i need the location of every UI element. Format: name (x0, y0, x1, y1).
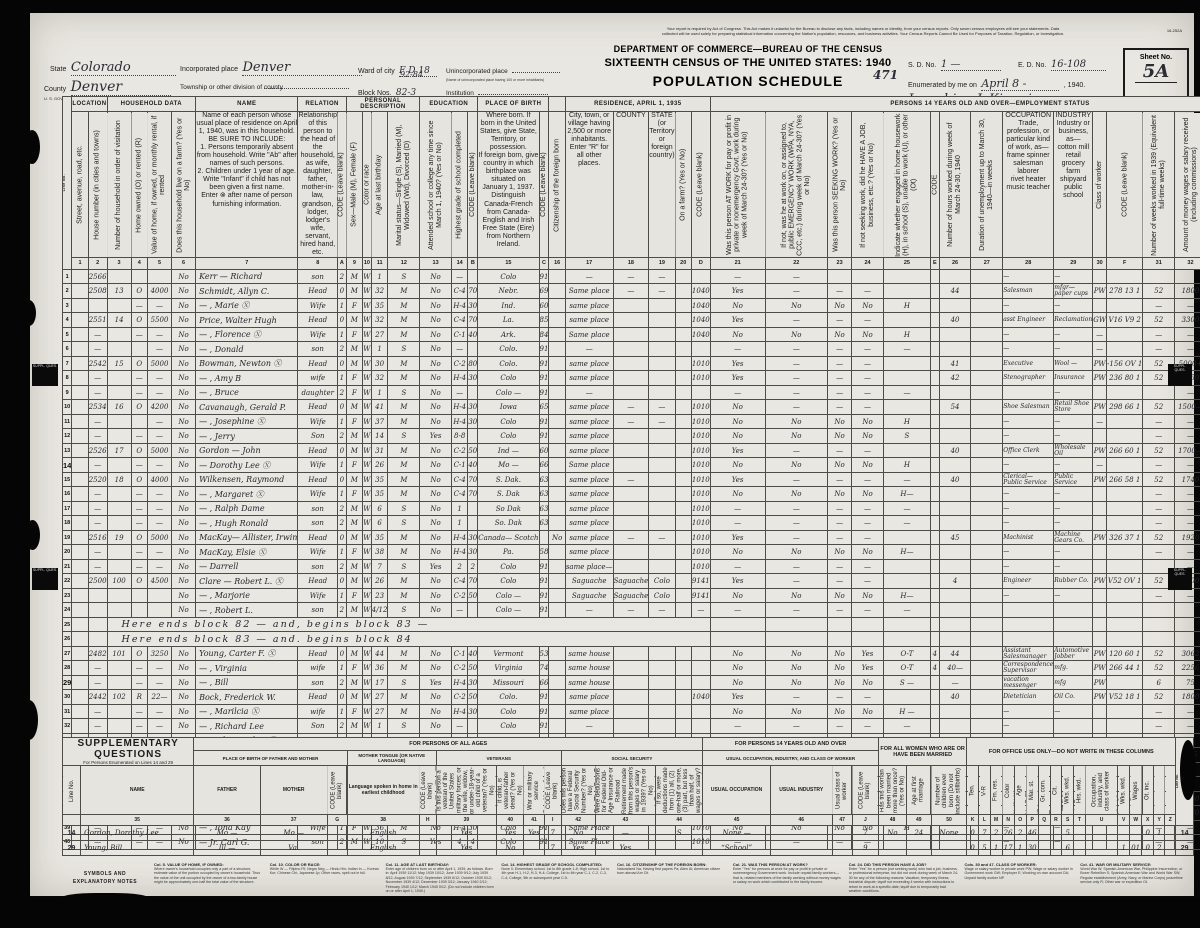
table-cell (675, 298, 691, 313)
table-cell (1093, 545, 1107, 560)
table-cell: 1800 (1175, 284, 1200, 299)
table-cell (649, 356, 675, 371)
table-cell: M (346, 313, 362, 328)
township-value[interactable] (264, 80, 349, 89)
table-cell (971, 342, 1003, 357)
table-cell: No (828, 588, 852, 603)
sheet-label: Sheet No. (1125, 54, 1187, 61)
table-cell (1107, 487, 1143, 502)
table-cell: — (1143, 414, 1175, 429)
table-cell[interactable]: — , Amy B (196, 371, 298, 386)
table-cell: Yes (710, 574, 765, 589)
county-label: County (44, 86, 66, 93)
table-cell: S (388, 719, 420, 734)
table-cell (939, 588, 971, 603)
county-value[interactable]: Denver (71, 79, 171, 96)
table-cell[interactable]: — , Josephine Ⓧ (196, 414, 298, 429)
column-number: V (1118, 815, 1130, 826)
table-cell (1107, 414, 1143, 429)
table-cell (72, 661, 88, 676)
table-cell: Head (298, 530, 338, 545)
table-cell: No (172, 472, 196, 487)
table-cell: 30 (468, 675, 478, 690)
table-cell (971, 545, 1003, 560)
table-cell[interactable]: — , Robert L. (196, 603, 298, 618)
table-cell: Reclamation (1054, 313, 1093, 328)
table-cell: No (852, 429, 884, 444)
table-cell: son (298, 675, 338, 690)
column-number: 2 (88, 257, 107, 269)
table-cell: 17 (371, 675, 388, 690)
table-cell[interactable]: — Darrell (196, 559, 298, 574)
table-cell: -156 OV 1 (1107, 356, 1143, 371)
table-cell: No (765, 646, 828, 661)
table-cell[interactable]: Cavanaugh, Gerald P. (196, 400, 298, 415)
table-cell: — (147, 704, 171, 719)
table-cell[interactable]: Bock, Frederick W. (196, 690, 298, 705)
table-cell: — (1003, 545, 1054, 560)
county-field: County Denver (44, 78, 171, 96)
table-cell: 91 (539, 588, 549, 603)
table-cell (675, 487, 691, 502)
column-desc: Value of home, if owned, or monthly rent… (147, 112, 171, 258)
table-cell: — (828, 574, 852, 589)
line-number: 5 (63, 327, 72, 342)
table-cell: W (363, 385, 372, 400)
table-cell: 35 (371, 472, 388, 487)
table-cell: — (828, 690, 852, 705)
table-cell (931, 690, 940, 705)
column-desc: INDUSTRYIndustry or business, as—cotton … (1054, 112, 1093, 258)
sd-value[interactable]: 1 — (941, 59, 1001, 71)
table-cell: No (828, 327, 852, 342)
table-cell[interactable]: — , Bruce (196, 385, 298, 400)
enumerated-label: Enumerated by me on (908, 82, 977, 89)
table-cell (675, 443, 691, 458)
table-cell: same place (565, 443, 613, 458)
table-cell: Va. (260, 841, 327, 856)
table-cell: 1 (337, 298, 346, 313)
table-cell: No (765, 298, 828, 313)
table-cell: 0 (337, 284, 346, 299)
table-cell: asst Engineer (1003, 313, 1054, 328)
table-cell: 0 (337, 574, 346, 589)
table-cell: 30 (468, 298, 478, 313)
table-cell: 4000 (147, 284, 171, 299)
table-cell[interactable]: — , Donald (196, 342, 298, 357)
table-cell: 2 (468, 559, 478, 574)
column-number: X (1142, 815, 1154, 826)
table-cell (72, 356, 88, 371)
table-cell: 91 (539, 574, 549, 589)
table-cell: mfg (1054, 675, 1093, 690)
table-cell: Wife (298, 298, 338, 313)
table-cell: — (852, 574, 884, 589)
table-cell: 1010 (691, 371, 710, 386)
table-cell (1003, 385, 1054, 400)
table-cell (1093, 603, 1107, 618)
table-cell: S (388, 429, 420, 444)
table-cell: Ind. (478, 298, 539, 313)
table-cell: F (346, 588, 362, 603)
table-cell: — (1054, 269, 1093, 284)
table-cell (107, 327, 131, 342)
table-cell: 4 (939, 574, 971, 589)
table-cell: same place (565, 545, 613, 560)
table-cell (1093, 501, 1107, 516)
table-cell: 266 58 1 (1107, 472, 1143, 487)
table-cell (675, 588, 691, 603)
table-cell: — (1054, 501, 1093, 516)
table-cell (931, 559, 940, 574)
table-cell: 2520 (88, 472, 107, 487)
table-cell: 2 (337, 719, 346, 734)
table-cell (72, 530, 88, 545)
table-cell[interactable]: — , Jerry (196, 429, 298, 444)
column-number: 37 (260, 815, 327, 826)
table-cell[interactable]: — , Margaret Ⓧ (196, 487, 298, 502)
table-cell: — (147, 487, 171, 502)
table-cell: — (451, 385, 467, 400)
table-cell: No (710, 414, 765, 429)
table-cell: PW (1093, 690, 1107, 705)
table-cell: M (388, 414, 420, 429)
table-cell: — (1175, 719, 1200, 734)
column-number: 12 (388, 257, 420, 269)
table-cell: 6 (1143, 675, 1175, 690)
table-cell: O-T (883, 646, 930, 661)
table-cell: Yes (595, 841, 655, 856)
table-cell[interactable]: — , Richard Lee (196, 719, 298, 734)
column-desc: Usual class of worker (832, 766, 852, 815)
state-field: State Colorado (50, 58, 176, 76)
table-cell: 74 (539, 661, 549, 676)
table-cell (549, 661, 565, 676)
table-cell: — (88, 704, 107, 719)
table-cell: Dietetician (1003, 690, 1054, 705)
table-cell: son (298, 269, 338, 284)
township-label: Township or other division of county (180, 84, 260, 91)
table-cell: No (828, 429, 852, 444)
table-cell (107, 661, 131, 676)
column-number: B (468, 257, 478, 269)
table-cell: 01 (1130, 841, 1142, 856)
table-cell: — (1175, 487, 1200, 502)
column-number: 8 (298, 257, 338, 269)
table-cell: No (549, 530, 565, 545)
table-cell (649, 327, 675, 342)
table-cell: — (451, 342, 467, 357)
table-cell[interactable]: — Dorothy Lee Ⓧ (196, 458, 298, 473)
table-cell (883, 313, 930, 328)
table-cell: M (346, 530, 362, 545)
table-cell: Head (298, 646, 338, 661)
column-desc: CODE (Leave blank) (327, 766, 347, 815)
table-cell: No (172, 675, 196, 690)
table-cell[interactable]: Bowman, Newton Ⓧ (196, 356, 298, 371)
census-title: SIXTEENTH CENSUS OF THE UNITED STATES: 1… (583, 57, 913, 69)
column-desc: Street, avenue, road, etc. (72, 112, 88, 258)
institution-value[interactable] (478, 86, 548, 95)
sheet-value[interactable]: 5A (1135, 61, 1178, 83)
table-cell: — (852, 385, 884, 400)
table-cell (1175, 617, 1200, 632)
table-cell (931, 371, 940, 386)
column-desc: Wages (1130, 766, 1142, 815)
table-cell (939, 414, 971, 429)
table-cell: Saguache (565, 588, 613, 603)
footnote-block: Col. 11. AGE AT LAST BIRTHDAY:Enter age … (386, 862, 496, 894)
table-cell[interactable]: — , Virginia (196, 661, 298, 676)
column-number: 18 (613, 257, 649, 269)
table-cell: 1740 (1175, 472, 1200, 487)
table-cell[interactable]: Schmidt, Allyn C. (196, 284, 298, 299)
table-cell: M (346, 559, 362, 574)
table-cell: No (765, 327, 828, 342)
table-cell (72, 690, 88, 705)
table-cell: 2 (337, 559, 346, 574)
table-cell: C-1 (451, 646, 467, 661)
table-cell: Colo (478, 429, 539, 444)
table-cell: No (828, 661, 852, 676)
table-cell: — (1003, 516, 1054, 531)
state-value[interactable]: Colorado (71, 60, 176, 76)
table-cell (931, 588, 940, 603)
table-cell[interactable]: — , Bill (196, 675, 298, 690)
table-cell: — (1003, 414, 1054, 429)
ed-label: E. D. No. (1018, 62, 1046, 69)
table-cell: No (172, 559, 196, 574)
table-cell: wife (298, 661, 338, 676)
table-cell: — (131, 327, 147, 342)
supplementary-title: SUPPLEMENTARY QUESTIONSFor Persons Enume… (63, 738, 194, 766)
table-cell (971, 588, 1003, 603)
band-office-use: FOR OFFICE USE ONLY—DO NOT WRITE IN THES… (967, 738, 1176, 766)
table-cell: Executive (1003, 356, 1054, 371)
column-desc: Duration of unemployment up to March 30,… (971, 112, 1003, 258)
table-cell (613, 487, 649, 502)
table-cell: 0 (337, 690, 346, 705)
table-cell: W (363, 284, 372, 299)
table-cell: 31 (371, 443, 388, 458)
table-cell (1107, 516, 1143, 531)
table-cell (72, 385, 88, 400)
table-cell: 1040 (691, 313, 710, 328)
table-cell (549, 443, 565, 458)
ward-field: Ward of city F D 18 (358, 60, 437, 78)
table-cell: Colo (478, 719, 539, 734)
table-cell (1143, 617, 1175, 632)
table-cell[interactable]: Kerr — Richard (196, 269, 298, 284)
column-number: T (1074, 815, 1086, 826)
table-cell: No (497, 841, 524, 856)
table-cell: Same place (565, 327, 613, 342)
table-cell: W (363, 501, 372, 516)
table-cell: 6 (371, 501, 388, 516)
table-cell[interactable]: Clare — Robert L. Ⓧ (196, 574, 298, 589)
table-cell[interactable]: Gordon — John (196, 443, 298, 458)
table-cell: — (649, 400, 675, 415)
table-cell (613, 675, 649, 690)
table-cell: 37 (371, 414, 388, 429)
table-cell: 1800 (1175, 690, 1200, 705)
table-cell (931, 342, 940, 357)
table-cell: So. Dak (478, 516, 539, 531)
table-cell[interactable]: Young, Carter F. Ⓧ (196, 646, 298, 661)
table-cell: 2 (337, 675, 346, 690)
column-number: 48 (879, 815, 907, 826)
ed-value[interactable]: 16-108 (1051, 59, 1106, 71)
table-cell: — (147, 371, 171, 386)
table-cell: 40 (468, 646, 478, 661)
table-cell: — (451, 719, 467, 734)
table-cell[interactable]: Wilkensen, Raymond (196, 472, 298, 487)
table-cell: No (420, 501, 452, 516)
column-number: 24 (852, 257, 884, 269)
table-cell[interactable]: Price, Walter Hugh (196, 313, 298, 328)
table-cell: PW (1093, 530, 1107, 545)
table-cell[interactable]: — , Marilcia Ⓧ (196, 704, 298, 719)
table-cell (147, 269, 171, 284)
table-cell: — (1003, 719, 1054, 734)
table-cell: Retail Shoe Store (1054, 400, 1093, 415)
column-number: H (419, 815, 436, 826)
table-cell: C-1 (451, 327, 467, 342)
table-cell: H-4 (451, 400, 467, 415)
column-number: 19 (649, 257, 675, 269)
table-cell: PW (1093, 675, 1107, 690)
table-cell: F (346, 458, 362, 473)
table-cell: Clerical— Public Service (1003, 472, 1054, 487)
column-number: 36 (194, 815, 261, 826)
table-cell: — (613, 269, 649, 284)
table-cell: W (363, 719, 372, 734)
table-cell (931, 704, 940, 719)
table-cell[interactable]: — , Hugh Ronald (196, 516, 298, 531)
table-cell[interactable]: — , Ralph Dame (196, 501, 298, 516)
table-cell (931, 414, 940, 429)
table-cell: — (828, 516, 852, 531)
table-cell: W (363, 646, 372, 661)
table-cell (1054, 719, 1093, 734)
table-cell: M (388, 530, 420, 545)
table-cell: — (828, 472, 852, 487)
table-cell (72, 443, 88, 458)
column-desc: Has this woman been married more than on… (879, 766, 907, 815)
table-cell: 1 (337, 704, 346, 719)
column-number: 30 (1093, 257, 1107, 269)
column-number: 25 (883, 257, 930, 269)
table-cell (131, 342, 147, 357)
table-cell: No (172, 385, 196, 400)
table-cell: W (363, 414, 372, 429)
column-desc: Language spoken in home in earliest chil… (347, 766, 419, 815)
column-desc: NAME (81, 766, 194, 815)
column-desc: Citizenship of the foreign born (549, 112, 565, 258)
table-cell (549, 429, 565, 444)
table-cell: No (420, 704, 452, 719)
table-cell: son (298, 516, 338, 531)
table-cell: No (879, 826, 907, 841)
table-cell: 17 (107, 443, 131, 458)
table-cell: O (131, 646, 147, 661)
table-cell: — (1054, 327, 1093, 342)
column-desc: City, town, or village having 2,500 or m… (565, 112, 613, 258)
state-label: State (50, 66, 66, 73)
table-cell (675, 574, 691, 589)
table-cell: Colo. (478, 356, 539, 371)
table-cell (1093, 385, 1107, 400)
line-number: 10 (63, 400, 72, 415)
line-number: 29 (63, 841, 81, 856)
table-cell: 69 (539, 284, 549, 299)
table-cell: — (595, 826, 655, 841)
table-cell: — (828, 400, 852, 415)
table-cell: — (1175, 588, 1200, 603)
table-cell: No (710, 298, 765, 313)
table-cell: O (131, 530, 147, 545)
table-cell (72, 719, 88, 734)
table-cell (131, 588, 147, 603)
table-cell: No (765, 588, 828, 603)
column-number: 6 (172, 257, 196, 269)
incorporated-place-value[interactable]: Denver (242, 60, 362, 76)
table-cell: — (852, 284, 884, 299)
table-cell[interactable]: — , Florence Ⓧ (196, 327, 298, 342)
table-cell: — (1175, 429, 1200, 444)
table-cell: S (388, 385, 420, 400)
form-number: 16-252A (1167, 28, 1182, 33)
table-cell: M (346, 516, 362, 531)
table-cell: No (710, 646, 765, 661)
footnote-block: Col. 24. DID THIS PERSON HAVE A JOB?Ente… (849, 862, 959, 894)
column-desc: Home owned (O) or rented (R) (131, 112, 147, 258)
table-cell[interactable]: MacKay— Allister, Irwin (196, 530, 298, 545)
table-cell (971, 443, 1003, 458)
table-cell[interactable]: MacKay, Elsie Ⓧ (196, 545, 298, 560)
table-cell: — (88, 414, 107, 429)
line-number: 6 (63, 342, 72, 357)
table-cell (107, 371, 131, 386)
table-cell: — (1054, 458, 1093, 473)
column-desc: CODE (Leave blank) (852, 766, 878, 815)
table-cell: 9 (852, 841, 878, 856)
table-cell: 1 (371, 385, 388, 400)
enumerated-date[interactable]: April 8 - (981, 77, 1059, 91)
table-cell: H— (883, 545, 930, 560)
table-cell: No (172, 704, 196, 719)
table-cell (1038, 841, 1050, 856)
unincorporated-value[interactable] (512, 64, 560, 73)
column-desc: Hrs. wkd. (1074, 766, 1086, 815)
table-cell: No (420, 646, 452, 661)
column-group-header: PERSONAL DESCRIPTION (346, 97, 420, 112)
column-number: G (327, 815, 347, 826)
table-cell: 1010 (691, 559, 710, 574)
table-cell: 1040 (691, 327, 710, 342)
column-desc: Is this person a veteran of the United S… (436, 766, 496, 815)
table-cell[interactable]: — , Marjorie (196, 588, 298, 603)
table-cell: No (420, 530, 452, 545)
table-cell: — (828, 603, 852, 618)
table-cell: 0 (337, 443, 346, 458)
column-number: 17 (565, 257, 613, 269)
table-cell[interactable]: — , Marie Ⓧ (196, 298, 298, 313)
table-cell (852, 632, 884, 647)
table-cell (971, 284, 1003, 299)
table-cell: — (1054, 588, 1093, 603)
table-cell: M (388, 400, 420, 415)
